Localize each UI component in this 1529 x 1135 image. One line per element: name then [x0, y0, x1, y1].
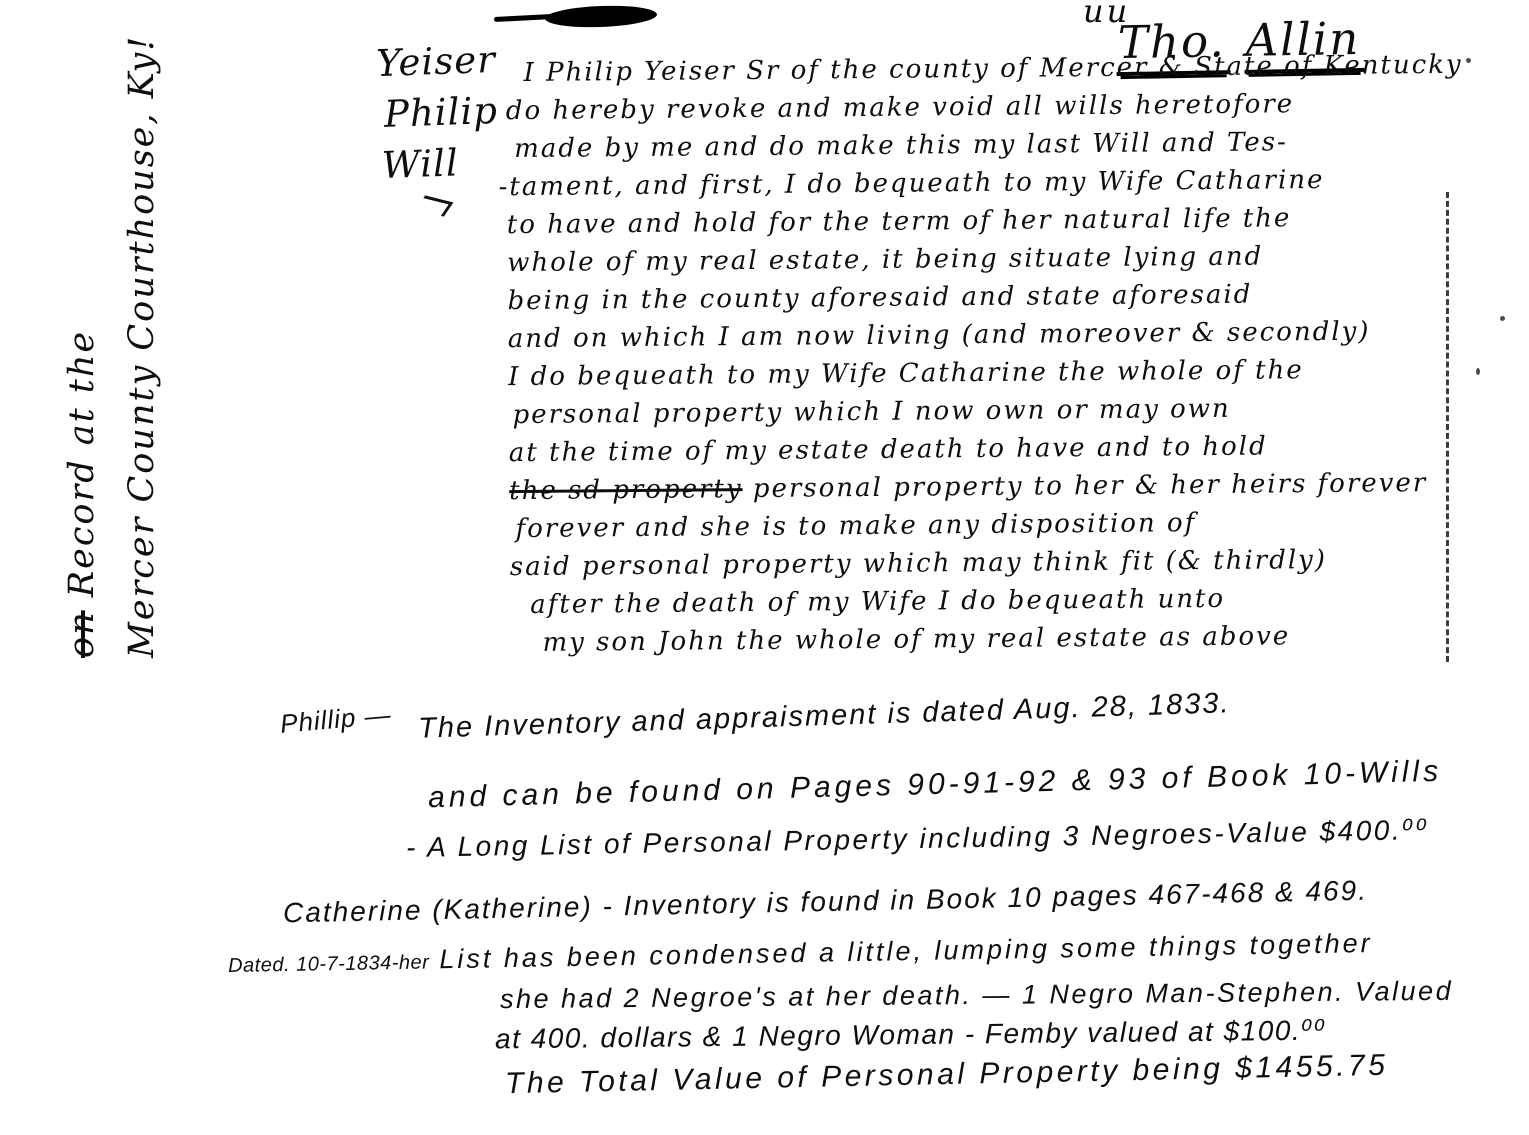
- margin-label-surname: Yeiser: [375, 34, 497, 89]
- scan-speck: [1500, 316, 1505, 321]
- annotation-date-note: Dated. 10-7-1834-her: [228, 951, 430, 977]
- margin-label-will: Will: [379, 136, 501, 191]
- annotation-catherine-line-1: Catherine (Katherine) - Inventory is fou…: [283, 875, 1368, 930]
- annotation-philip-line-3: - A Long List of Personal Property inclu…: [406, 813, 1430, 864]
- scan-speck: [1476, 368, 1480, 375]
- struck-word: on: [62, 610, 102, 658]
- annotation-catherine-line-3: she had 2 Negroe's at her death. — 1 Neg…: [500, 976, 1453, 1015]
- scan-speck: [1466, 58, 1471, 63]
- stray-check-mark: [416, 195, 454, 216]
- ink-smear-blob: [545, 3, 658, 30]
- scanned-will-document-page: on Record at the Mercer County Courthous…: [0, 0, 1529, 1135]
- annotation-catherine-line-2: Dated. 10-7-1834-herList has been conden…: [228, 928, 1373, 979]
- annotation-catherine-line-4: at 400. dollars & 1 Negro Woman - Femby …: [495, 1014, 1327, 1056]
- annotation-catherine-line-5: The Total Value of Personal Property bei…: [505, 1049, 1389, 1101]
- annotation-philip-line-1: The Inventory and appraisment is dated A…: [418, 687, 1231, 746]
- margin-note-line-2: Mercer County Courthouse, Ky!: [112, 0, 172, 658]
- annotation-philip-label: Phillip —: [279, 699, 393, 740]
- will-line: my son John the whole of my real estate …: [510, 616, 1455, 662]
- margin-label: Yeiser Philip Will: [375, 34, 500, 191]
- margin-vertical-note: on Record at the Mercer County Courthous…: [52, 0, 184, 658]
- binding-edge-dashed-line: [1446, 192, 1449, 662]
- margin-label-firstname: Philip: [377, 85, 499, 140]
- struck-phrase: the sd property: [509, 474, 743, 506]
- margin-note-line-1: on Record at the: [52, 0, 112, 658]
- will-body-text: I Philip Yeiser Sr of the county of Merc…: [505, 46, 1455, 662]
- annotation-philip-line-2: and can be found on Pages 90-91-92 & 93 …: [428, 755, 1443, 816]
